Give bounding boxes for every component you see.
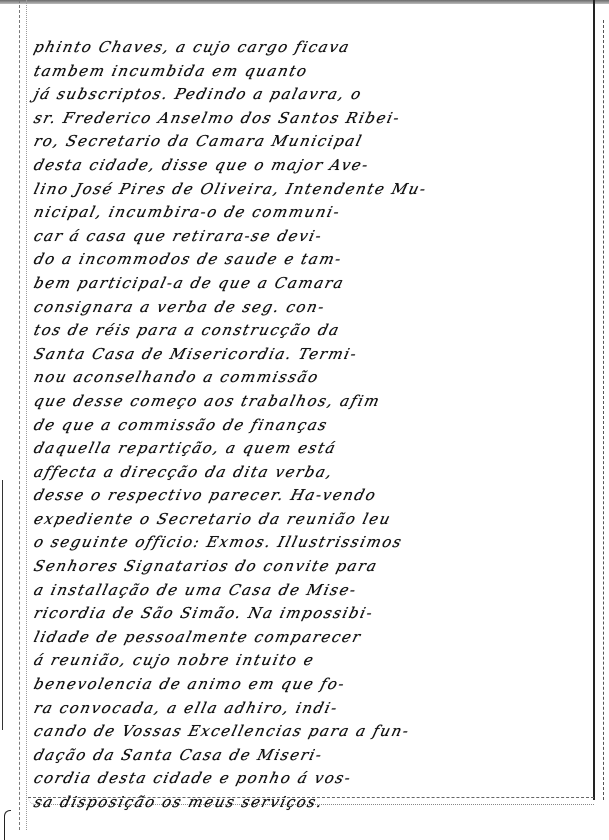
page-corner-mark [4, 810, 11, 840]
manuscript-line: que desse começo aos trabalhos, afim [31, 390, 589, 414]
left-margin-marks [2, 480, 11, 730]
left-margin-rule [19, 0, 27, 830]
manuscript-line: sr. Frederico Anselmo dos Santos Ribei- [31, 107, 589, 131]
manuscript-line: sa disposição os meus serviços. [31, 791, 589, 815]
manuscript-line: nicipal, incumbira-o de communi- [31, 201, 589, 225]
manuscript-line: desse o respectivo parecer. Ha-vendo [31, 484, 589, 508]
manuscript-line: expediente o Secretario da reunião leu [31, 508, 589, 532]
manuscript-line: já subscriptos. Pedindo a palavra, o [31, 83, 589, 107]
manuscript-line: o seguinte officio: Exmos. Illustrissimo… [31, 531, 589, 555]
right-margin-rule [593, 0, 595, 800]
manuscript-line: nou aconselhando a commissão [31, 366, 589, 390]
manuscript-line: cando de Vossas Excellencias para a fun- [31, 720, 589, 744]
manuscript-line: car á casa que retirara-se devi- [31, 225, 589, 249]
manuscript-line: Santa Casa de Misericordia. Termi- [31, 343, 589, 367]
manuscript-line: a installação de uma Casa de Mise- [31, 579, 589, 603]
manuscript-line: daquella repartição, a quem está [31, 437, 589, 461]
manuscript-line: á reunião, cujo nobre intuito e [31, 649, 589, 673]
manuscript-line: lidade de pessoalmente comparecer [31, 626, 589, 650]
manuscript-line: consignara a verba de seg. con- [31, 296, 589, 320]
manuscript-line: de que a commissão de finanças [31, 414, 589, 438]
scan-top-edge [0, 0, 609, 4]
manuscript-line: ricordia de São Simão. Na impossibi- [31, 602, 589, 626]
manuscript-text: phinto Chaves, a cujo cargo ficava tambe… [34, 36, 586, 815]
right-page-edge [603, 20, 605, 800]
manuscript-line: benevolencia de animo em que fo- [31, 673, 589, 697]
manuscript-line: affecta a direcção da dita verba, [31, 461, 589, 485]
manuscript-line: phinto Chaves, a cujo cargo ficava [31, 36, 589, 60]
manuscript-line: desta cidade, disse que o major Ave- [31, 154, 589, 178]
manuscript-line: ro, Secretario da Camara Municipal [31, 130, 589, 154]
manuscript-line: dação da Santa Casa de Miseri- [31, 744, 589, 768]
manuscript-line: Senhores Signatarios do convite para [31, 555, 589, 579]
manuscript-line: tos de réis para a construcção da [31, 319, 589, 343]
manuscript-line: ra convocada, a ella adhiro, indi- [31, 697, 589, 721]
manuscript-line: do a incommodos de saude e tam- [31, 248, 589, 272]
manuscript-line: bem participal-a de que a Camara [31, 272, 589, 296]
manuscript-line: lino José Pires de Oliveira, Intendente … [31, 178, 589, 202]
manuscript-line: cordia desta cidade e ponho á vos- [31, 767, 589, 791]
manuscript-line: tambem incumbida em quanto [31, 60, 589, 84]
